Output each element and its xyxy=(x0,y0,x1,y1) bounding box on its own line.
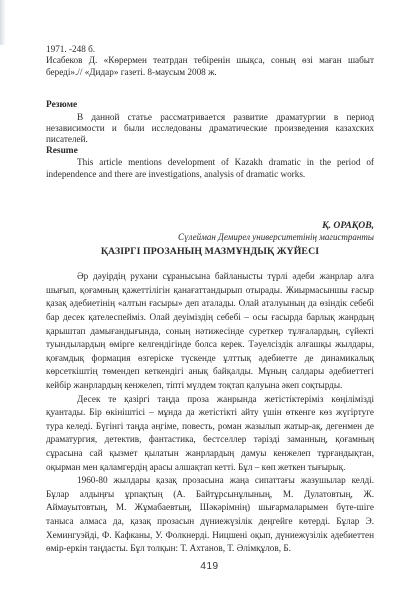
body-paragraph-3: 1960-80 жылдары қазақ прозасына жаңа сип… xyxy=(46,474,374,556)
reference-line-2: Исабеков Д. «Көрермен театрдан тебіренін… xyxy=(46,55,374,78)
resume-ru-text: В данной статье рассматривается развитие… xyxy=(46,112,374,146)
resume-en-heading: Resume xyxy=(46,146,374,157)
spacer xyxy=(46,180,374,220)
article-affiliation: Сүлейман Демирел университетінің магистр… xyxy=(46,232,374,243)
page-number: 419 xyxy=(0,561,419,572)
article-author: Қ. ОРАҚОВ, xyxy=(46,220,374,231)
resume-ru-heading: Резюме xyxy=(46,100,374,111)
resume-en-text: This article mentions development of Kaz… xyxy=(46,157,374,180)
body-paragraph-2: Десек те қазіргі таңда проза жанрында же… xyxy=(46,393,374,475)
document-page: 1971. -248 б. Исабеков Д. «Көрермен теат… xyxy=(46,44,374,556)
reference-line-1: 1971. -248 б. xyxy=(46,44,374,55)
spacer xyxy=(46,78,374,100)
spacer xyxy=(46,257,374,270)
article-body: Әр дәуірдің рухани сұранысына байланысты… xyxy=(46,270,374,555)
article-title: ҚАЗІРГІ ПРОЗАНЫҢ МАЗМҰНДЫҚ ЖҮЙЕСІ xyxy=(46,246,374,257)
scan-edge-shadow xyxy=(0,0,6,45)
body-paragraph-1: Әр дәуірдің рухани сұранысына байланысты… xyxy=(46,270,374,392)
